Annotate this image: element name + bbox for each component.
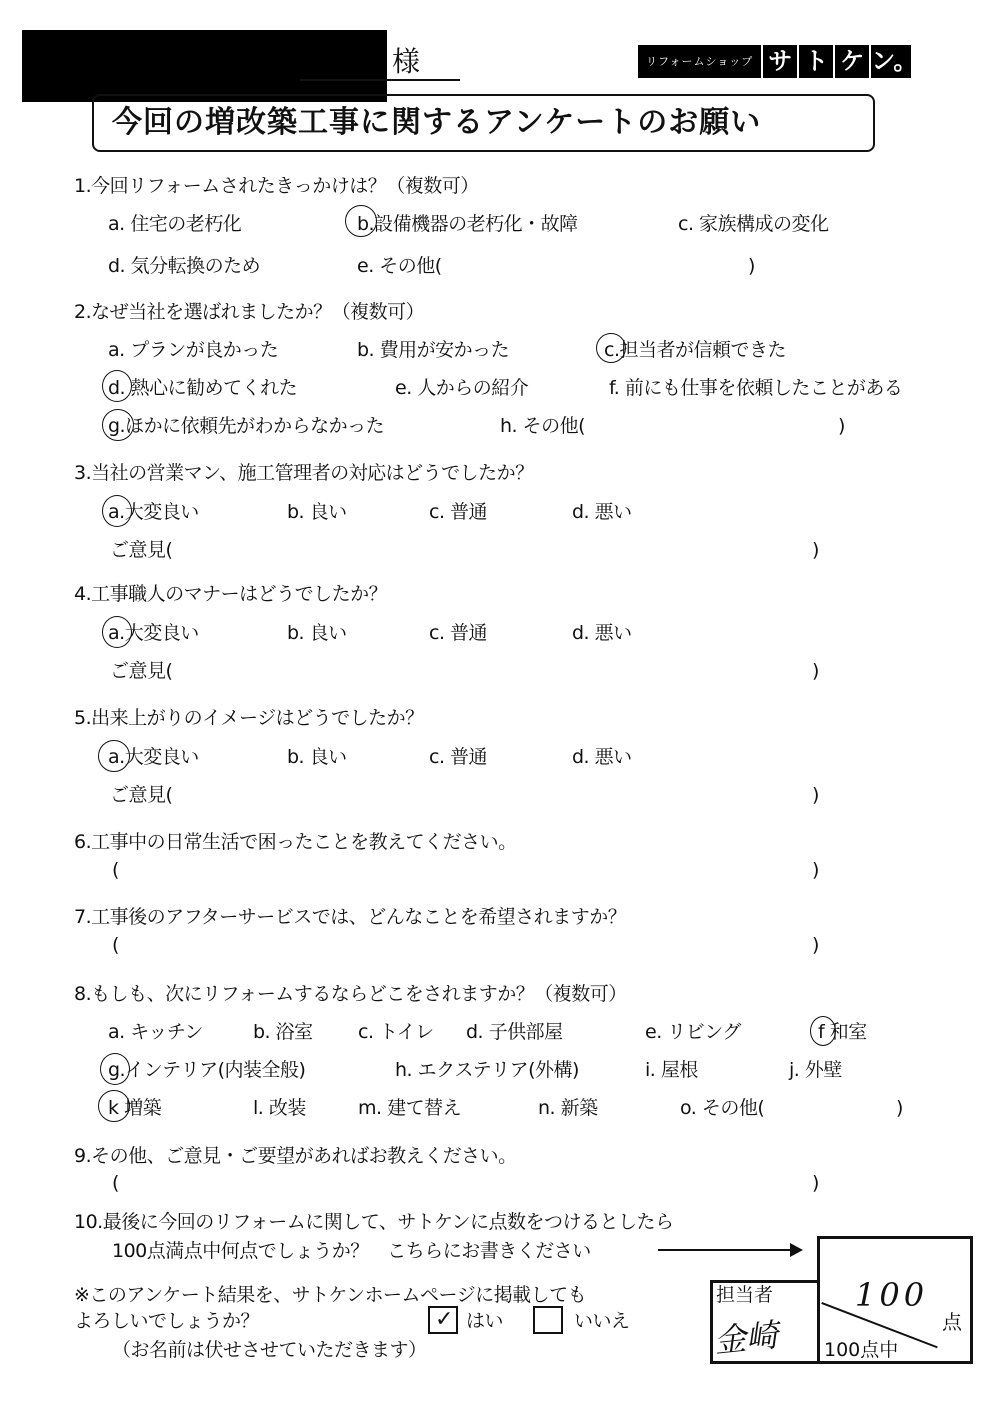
arrow-right-icon — [790, 1243, 803, 1257]
close-paren: ) — [812, 858, 819, 882]
q8-option-d[interactable]: d. 子供部屋 — [466, 1020, 563, 1044]
consent-no-label: いいえ — [574, 1309, 630, 1333]
question-1: 1.今回リフォームされたきっかけは？（複数可） — [74, 174, 479, 198]
q4-comment-field[interactable]: ご意見( — [110, 659, 172, 683]
q3-option-d[interactable]: d. 悪い — [572, 500, 632, 524]
question-10-line2: 100点満点中何点でしょうか？ こちらにお書きください — [112, 1239, 591, 1263]
q5-comment-field[interactable]: ご意見( — [110, 783, 172, 807]
consent-text-line2: よろしいでしょうか？ — [74, 1309, 259, 1333]
q1-option-d[interactable]: d. 気分転換のため — [108, 254, 260, 278]
q3-comment-field[interactable]: ご意見( — [110, 538, 172, 562]
q8-option-k[interactable]: k 増築 — [108, 1096, 161, 1120]
q3-option-b[interactable]: b. 良い — [287, 500, 347, 524]
question-8: 8.もしも、次にリフォームするならどこをされますか？（複数可） — [74, 982, 627, 1006]
question-9: 9.その他、ご意見・ご要望があればお教えください。 — [74, 1144, 517, 1168]
q4-option-c[interactable]: c. 普通 — [429, 621, 487, 645]
q1-option-a[interactable]: a. 住宅の老朽化 — [108, 212, 241, 236]
question-5: 5.出来上がりのイメージはどうでしたか？ — [74, 706, 424, 730]
question-10: 10.最後に今回のリフォームに関して、サトケンに点数をつけるとしたら — [74, 1210, 674, 1234]
close-paren: ) — [838, 414, 845, 438]
q7-answer-field[interactable]: ( — [112, 933, 119, 957]
q5-option-c[interactable]: c. 普通 — [429, 745, 487, 769]
q8-option-h[interactable]: h. エクステリア(外構) — [395, 1058, 579, 1082]
q8-option-n[interactable]: n. 新築 — [538, 1096, 598, 1120]
q3-option-a[interactable]: a.大変良い — [108, 500, 199, 524]
consent-yes-checkbox[interactable]: ✓ — [428, 1306, 458, 1334]
question-7: 7.工事後のアフターサービスでは、どんなことを希望されますか？ — [74, 905, 626, 929]
question-text: 今回リフォームされたきっかけは？（複数可） — [91, 175, 479, 197]
q2-option-a[interactable]: a. プランが良かった — [108, 338, 278, 362]
logo-char: ケ — [835, 45, 869, 78]
q1-option-e[interactable]: e. その他( — [357, 254, 442, 278]
staff-signature: 金崎 — [712, 1315, 780, 1361]
q8-option-e[interactable]: e. リビング — [645, 1020, 741, 1044]
q8-option-i[interactable]: i. 屋根 — [645, 1058, 698, 1082]
q2-option-d[interactable]: d. 熱心に勧めてくれた — [108, 376, 297, 400]
staff-label: 担当者 — [716, 1283, 773, 1307]
q8-option-l[interactable]: l. 改装 — [253, 1096, 306, 1120]
score-unit: 点 — [942, 1310, 962, 1334]
q8-option-c[interactable]: c. トイレ — [358, 1020, 434, 1044]
q4-option-d[interactable]: d. 悪い — [572, 621, 632, 645]
q2-option-b[interactable]: b. 費用が安かった — [357, 338, 509, 362]
q8-option-o[interactable]: o. その他( — [680, 1096, 764, 1120]
logo-char: ト — [799, 45, 833, 78]
q6-answer-field[interactable]: ( — [112, 858, 119, 882]
consent-note: （お名前は伏せさせていただきます） — [112, 1338, 427, 1362]
q2-option-f[interactable]: f. 前にも仕事を依頼したことがある — [609, 376, 902, 400]
q3-option-c[interactable]: c. 普通 — [429, 500, 487, 524]
close-paren: ) — [812, 783, 819, 807]
q1-option-c[interactable]: c. 家族構成の変化 — [678, 212, 829, 236]
question-number: 1. — [74, 175, 91, 197]
close-paren: ) — [812, 933, 819, 957]
q8-option-j[interactable]: j. 外壁 — [789, 1058, 842, 1082]
q8-option-f[interactable]: f 和室 — [818, 1020, 867, 1044]
close-paren: ) — [748, 254, 755, 278]
logo-char: サ — [763, 45, 797, 78]
close-paren: ) — [812, 1171, 819, 1195]
score-value[interactable]: 100 — [855, 1277, 928, 1313]
q2-option-g[interactable]: g.ほかに依頼先がわからなかった — [108, 414, 384, 438]
q2-option-c[interactable]: c.担当者が信頼できた — [604, 338, 786, 362]
q5-option-b[interactable]: b. 良い — [287, 745, 347, 769]
q5-option-d[interactable]: d. 悪い — [572, 745, 632, 769]
q5-option-a[interactable]: a.大変良い — [108, 745, 199, 769]
q1-option-b[interactable]: b.設備機器の老朽化・故障 — [357, 212, 578, 236]
logo-char: ン。 — [871, 45, 911, 78]
close-paren: ) — [812, 659, 819, 683]
q9-answer-field[interactable]: ( — [112, 1171, 119, 1195]
consent-yes-label: はい — [466, 1309, 503, 1333]
close-paren: ) — [812, 538, 819, 562]
page-title: 今回の増改築工事に関するアンケートのお願い — [112, 103, 761, 143]
q8-option-b[interactable]: b. 浴室 — [253, 1020, 313, 1044]
question-6: 6.工事中の日常生活で困ったことを教えてください。 — [74, 830, 517, 854]
q8-option-m[interactable]: m. 建て替え — [358, 1096, 461, 1120]
arrow-line — [658, 1249, 793, 1251]
close-paren: ) — [896, 1096, 903, 1120]
q4-option-b[interactable]: b. 良い — [287, 621, 347, 645]
q4-option-a[interactable]: a.大変良い — [108, 621, 199, 645]
consent-text-line1: ※このアンケート結果を、サトケンホームページに掲載しても — [74, 1283, 586, 1307]
question-3: 3.当社の営業マン、施工管理者の対応はどうでしたか？ — [74, 461, 534, 485]
q2-option-e[interactable]: e. 人からの紹介 — [395, 376, 528, 400]
q2-option-h[interactable]: h. その他( — [500, 414, 585, 438]
q8-option-a[interactable]: a. キッチン — [108, 1020, 203, 1044]
redacted-recipient-name — [22, 30, 387, 102]
company-logo: リフォームショップ サ ト ケ ン。 — [638, 45, 911, 78]
q8-option-g[interactable]: g.インテリア(内装全般) — [108, 1058, 305, 1082]
question-4: 4.工事職人のマナーはどうでしたか？ — [74, 582, 387, 606]
logo-shop-label: リフォームショップ — [638, 45, 761, 78]
check-mark-icon: ✓ — [435, 1308, 453, 1332]
score-max-label: 100点中 — [824, 1338, 898, 1362]
question-2: 2.なぜ当社を選ばれましたか？（複数可） — [74, 300, 424, 324]
recipient-underline — [300, 79, 460, 81]
consent-no-checkbox[interactable] — [533, 1306, 563, 1334]
honorific: 様 — [392, 44, 420, 80]
